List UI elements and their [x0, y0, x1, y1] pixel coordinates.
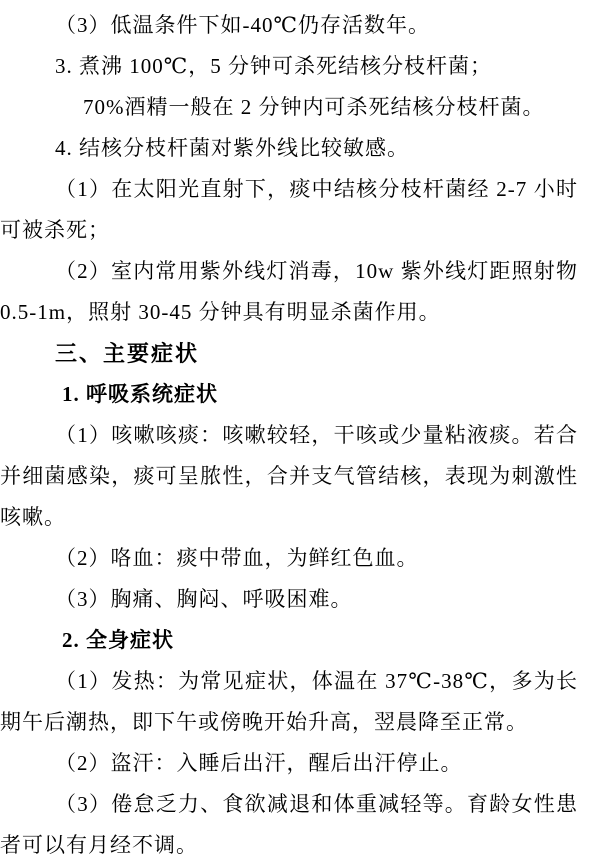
paragraph-sunlight: （1）在太阳光直射下，痰中结核分枝杆菌经 2-7 小时可被杀死；: [0, 169, 578, 251]
heading-systemic-symptoms: 2. 全身症状: [0, 620, 578, 661]
paragraph-boiling: 3. 煮沸 100℃，5 分钟可杀死结核分枝杆菌；: [0, 46, 578, 87]
paragraph-alcohol: 70%酒精一般在 2 分钟内可杀死结核分枝杆菌。: [0, 87, 578, 128]
paragraph-night-sweats: （2）盗汗：入睡后出汗，醒后出汗停止。: [0, 743, 578, 784]
heading-main-symptoms: 三、主要症状: [0, 333, 578, 374]
paragraph-fever: （1）发热：为常见症状，体温在 37℃-38℃，多为长期午后潮热，即下午或傍晚开…: [0, 661, 578, 743]
heading-respiratory-symptoms: 1. 呼吸系统症状: [0, 374, 578, 415]
paragraph-hemoptysis: （2）咯血：痰中带血，为鲜红色血。: [0, 538, 578, 579]
paragraph-uv-lamp: （2）室内常用紫外线灯消毒，10w 紫外线灯距照射物 0.5-1m，照射 30-…: [0, 251, 578, 333]
paragraph-chest-pain: （3）胸痛、胸闷、呼吸困难。: [0, 579, 578, 620]
document-page: （3）低温条件下如-40℃仍存活数年。 3. 煮沸 100℃，5 分钟可杀死结核…: [0, 0, 578, 866]
paragraph-cold-survival: （3）低温条件下如-40℃仍存活数年。: [0, 5, 578, 46]
paragraph-cough: （1）咳嗽咳痰：咳嗽较轻，干咳或少量粘液痰。若合并细菌感染，痰可呈脓性，合并支气…: [0, 415, 578, 538]
paragraph-uv-sensitivity: 4. 结核分枝杆菌对紫外线比较敏感。: [0, 128, 578, 169]
paragraph-fatigue: （3）倦怠乏力、食欲减退和体重减轻等。育龄女性患者可以有月经不调。: [0, 784, 578, 866]
